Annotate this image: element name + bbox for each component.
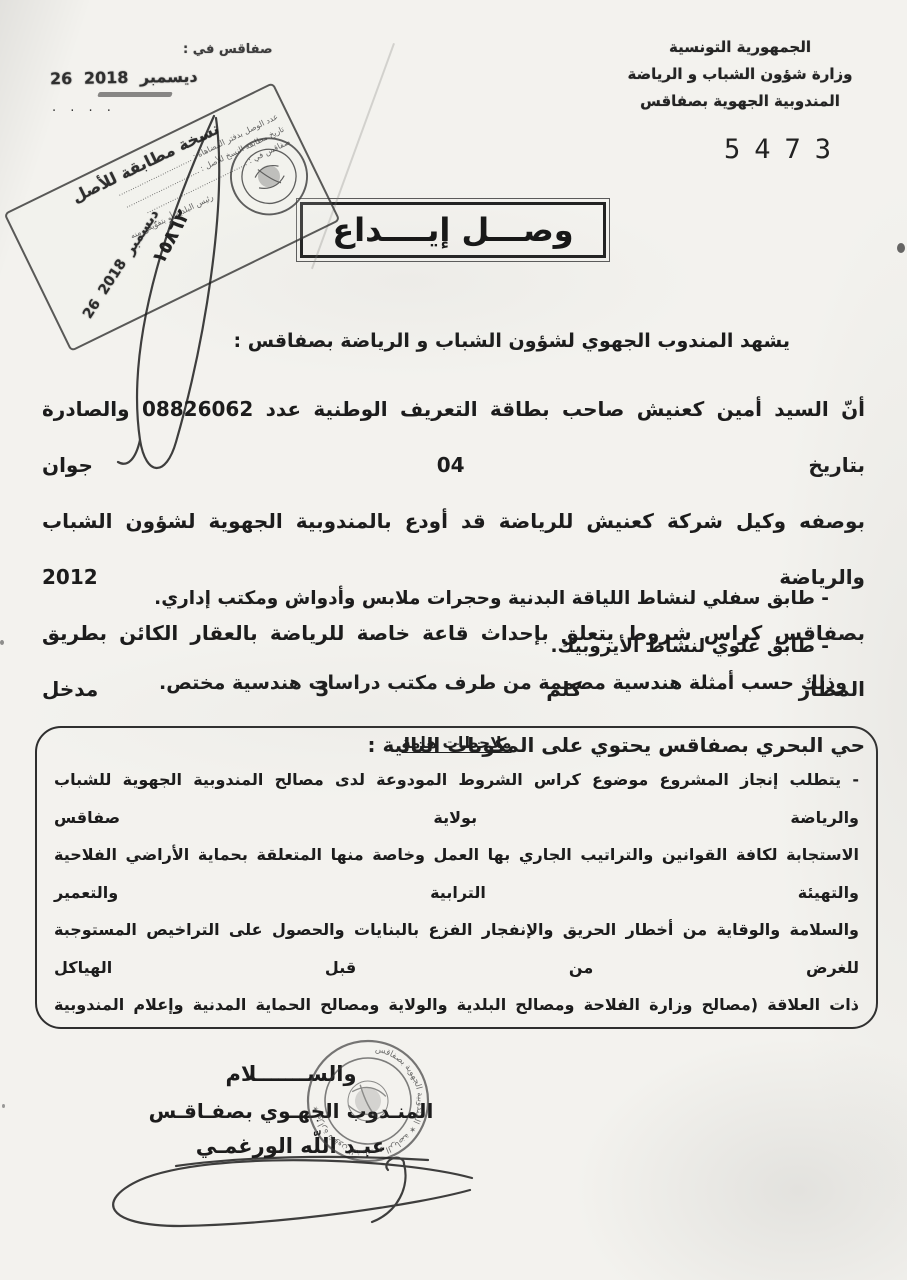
page-title: وصـــل إيــــداع (332, 211, 573, 249)
reference-number: 5473 (724, 134, 845, 165)
official-seal-icon: وزارة شؤون الشباب و الرياضة ✶ المندوبية … (295, 1028, 442, 1175)
bullet-item-2: - طابق علوي لنشاط الأيروبيك. (45, 632, 829, 662)
scanned-document-page: صفاقس في : 26 ديسمبر 2018 . . . . نسخة م… (0, 0, 907, 1280)
bullet-list: - طابق سفلي لنشاط اللياقة البدنية وحجرات… (45, 584, 829, 680)
closing-line: وذلك حسب أمثلة هندسية مصممة من طرف مكتب … (159, 672, 847, 694)
letterhead-line-1: الجمهورية التونسية (625, 34, 855, 61)
place-line: صفاقس في : (183, 42, 273, 57)
scan-speck (2, 1104, 5, 1108)
body-paragraph: أنّ السيد أمين كعنيش صاحب بطاقة التعريف … (42, 381, 865, 773)
letterhead-line-2: وزارة شؤون الشباب و الرياضة (625, 61, 855, 88)
date-stamp-smudge (97, 92, 173, 97)
notes-title: ملاحظات هامة (54, 734, 859, 752)
body-line-1: أنّ السيد أمين كعنيش صاحب بطاقة التعريف … (42, 381, 865, 493)
notes-line-3: والسلامة والوقاية من أخطار الحريق والإنف… (54, 911, 859, 986)
letterhead: الجمهورية التونسية وزارة شؤون الشباب و ا… (625, 34, 855, 115)
notes-box: ملاحظات هامة - يتطلب إنجاز المشروع موضوع… (35, 726, 878, 1029)
scan-speck (897, 243, 905, 253)
notes-line-1: - يتطلب إنجاز المشروع موضوع كراس الشروط … (54, 761, 859, 836)
date-dots: . . . . (52, 100, 116, 115)
intro-line: يشهد المندوب الجهوي لشؤون الشباب و الريا… (234, 330, 791, 352)
signature-hook (372, 1164, 406, 1222)
notes-line-2: الاستجابة لكافة القوانين والتراتيب الجار… (54, 836, 859, 911)
scan-speck (0, 640, 4, 645)
bullet-item-1: - طابق سفلي لنشاط اللياقة البدنية وحجرات… (45, 584, 829, 614)
date-stamp: 26 ديسمبر 2018 (50, 67, 198, 89)
notes-line-4: ذات العلاقة (مصالح وزارة الفلاحة ومصالح … (54, 986, 859, 1029)
deposit-title-box: وصـــل إيــــداع (296, 198, 610, 262)
letterhead-line-3: المندوبية الجهوية بصفاقس (625, 88, 855, 115)
